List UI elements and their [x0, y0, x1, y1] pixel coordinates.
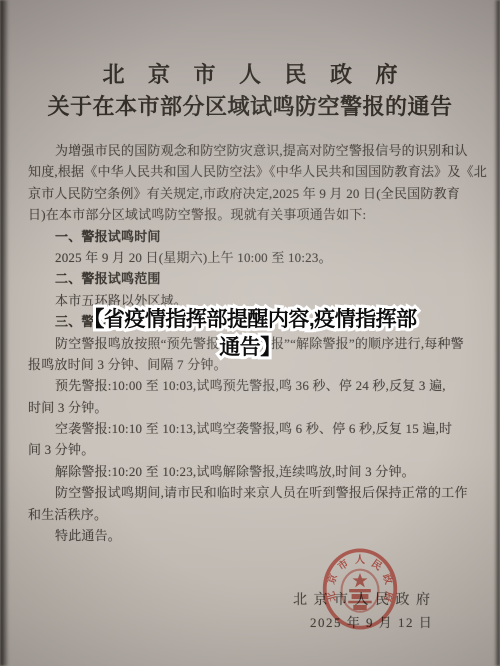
notice-line: 间 3 分钟。 [28, 439, 494, 460]
notice-line: 京市人民防空条例》有关规定,市政府决定,2025 年 9 月 20 日(全民国防… [28, 183, 494, 204]
notice-line: 解除警报:10:20 至 10:23,试鸣解除警报,连续鸣放,时间 3 分钟。 [28, 461, 494, 482]
video-caption-overlay: 【省疫情指挥部提醒内容,疫情指挥部 【省疫情指挥部提醒内容,疫情指挥部 通告】 … [0, 306, 500, 362]
notice-line: 防空警报试鸣期间,请市民和临时来京人员在听到警报后保持正常的工作 [28, 482, 494, 503]
notice-line: 特此通告。 [28, 525, 494, 546]
seal-national-emblem-icon [342, 570, 379, 612]
notice-subtitle: 关于在本市部分区域试鸣防空警报的通告 [0, 90, 500, 121]
caption-line: 通告】 通告】 [0, 334, 500, 362]
notice-line: 预先警报:10:00 至 10:03,试鸣预先警报,鸣 36 秒、停 24 秒,… [28, 375, 494, 396]
notice-line: 为增强市民的国防观念和防空防灾意识,提高对防空警报信号的识别和认 [28, 140, 494, 161]
caption-text: 【省疫情指挥部提醒内容,疫情指挥部 [83, 308, 416, 331]
caption-line: 【省疫情指挥部提醒内容,疫情指挥部 【省疫情指挥部提醒内容,疫情指挥部 [0, 306, 500, 334]
notice-line: 2025 年 9 月 20 日(星期六)上午 10:00 至 10:23。 [28, 247, 494, 268]
notice-line: 空袭警报:10:10 至 10:13,试鸣空袭警报,鸣 6 秒、停 6 秒,反复… [28, 418, 494, 439]
svg-text:人: 人 [355, 553, 365, 566]
notice-section-heading: 一、警报试鸣时间 [28, 226, 494, 247]
notice-line: 时间 3 分钟。 [28, 397, 494, 418]
official-seal: 北 京 市 人 民 政 府 [318, 542, 402, 636]
notice-title: 北 京 市 人 民 政 府 [0, 58, 500, 89]
notice-line: 知度,根据《中华人民共和国人民防空法》《中华人民共和国国防教育法》及《北 [28, 161, 494, 182]
notice-section-heading: 二、警报试鸣范围 [28, 268, 494, 289]
notice-line: 和生活秩序。 [28, 504, 494, 525]
document-photo: 北 京 市 人 民 政 府 关于在本市部分区域试鸣防空警报的通告 为增强市民的国… [0, 0, 500, 666]
notice-line: 日)在本市部分区域试鸣防空警报。现就有关事项通告如下: [28, 204, 494, 225]
caption-text: 通告】 [219, 336, 281, 359]
